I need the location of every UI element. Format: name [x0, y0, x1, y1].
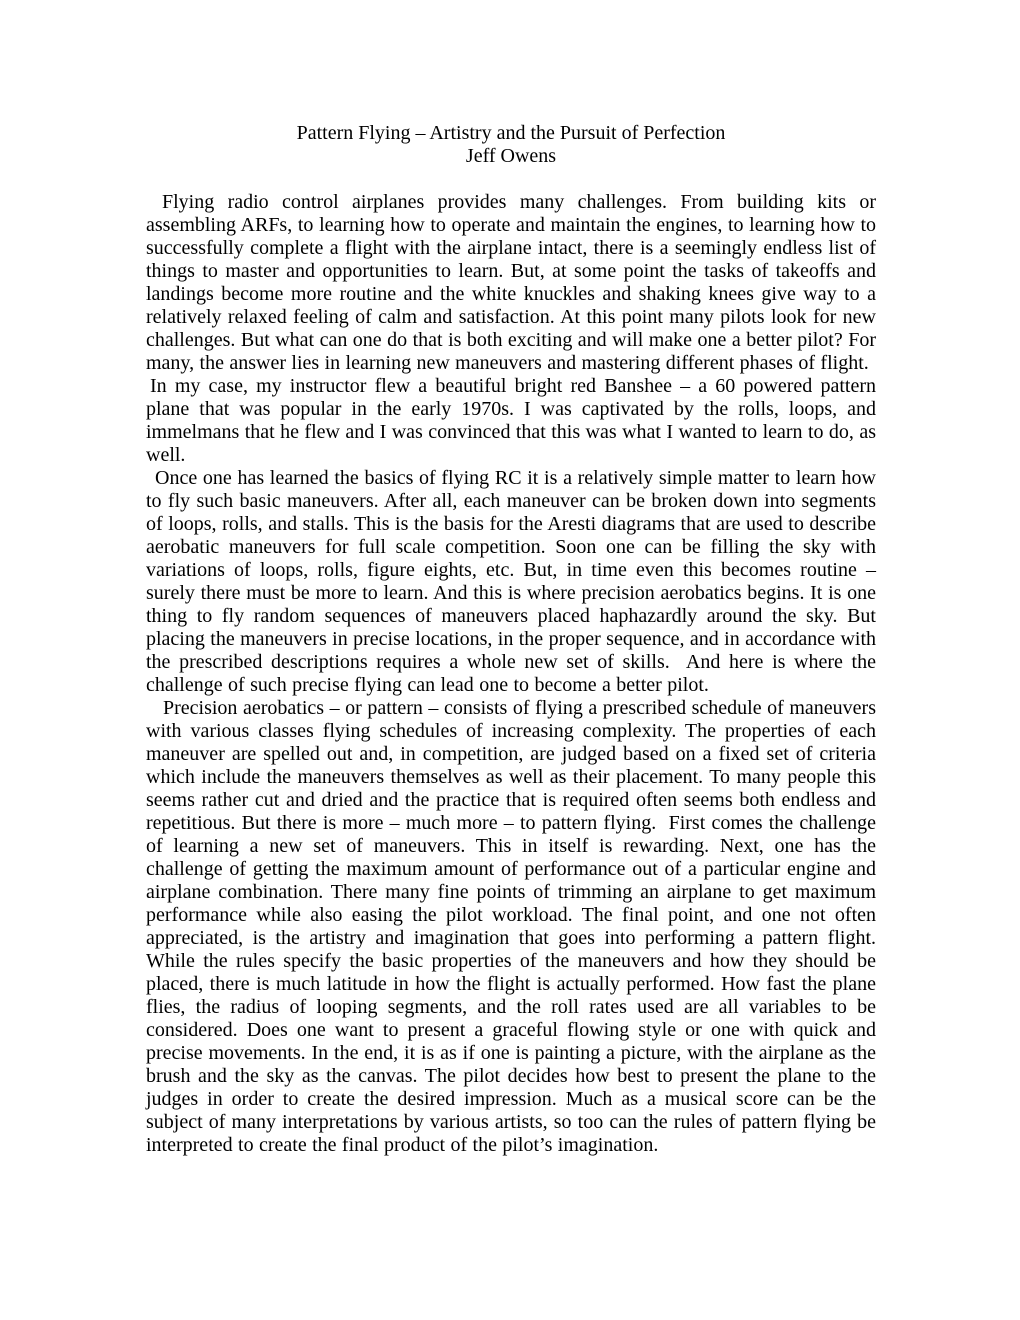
document-body: Flying radio control airplanes provides …: [146, 191, 876, 1157]
document-title: Pattern Flying – Artistry and the Pursui…: [146, 122, 876, 145]
document-author: Jeff Owens: [146, 145, 876, 168]
paragraph-intro-challenges: Flying radio control airplanes provides …: [146, 191, 876, 375]
document-page: Pattern Flying – Artistry and the Pursui…: [0, 0, 1020, 1320]
paragraph-learning-basics: Once one has learned the basics of flyin…: [146, 467, 876, 697]
paragraph-instructor-banshee: In my case, my instructor flew a beautif…: [146, 375, 876, 467]
paragraph-precision-aerobatics: Precision aerobatics – or pattern – cons…: [146, 697, 876, 1157]
